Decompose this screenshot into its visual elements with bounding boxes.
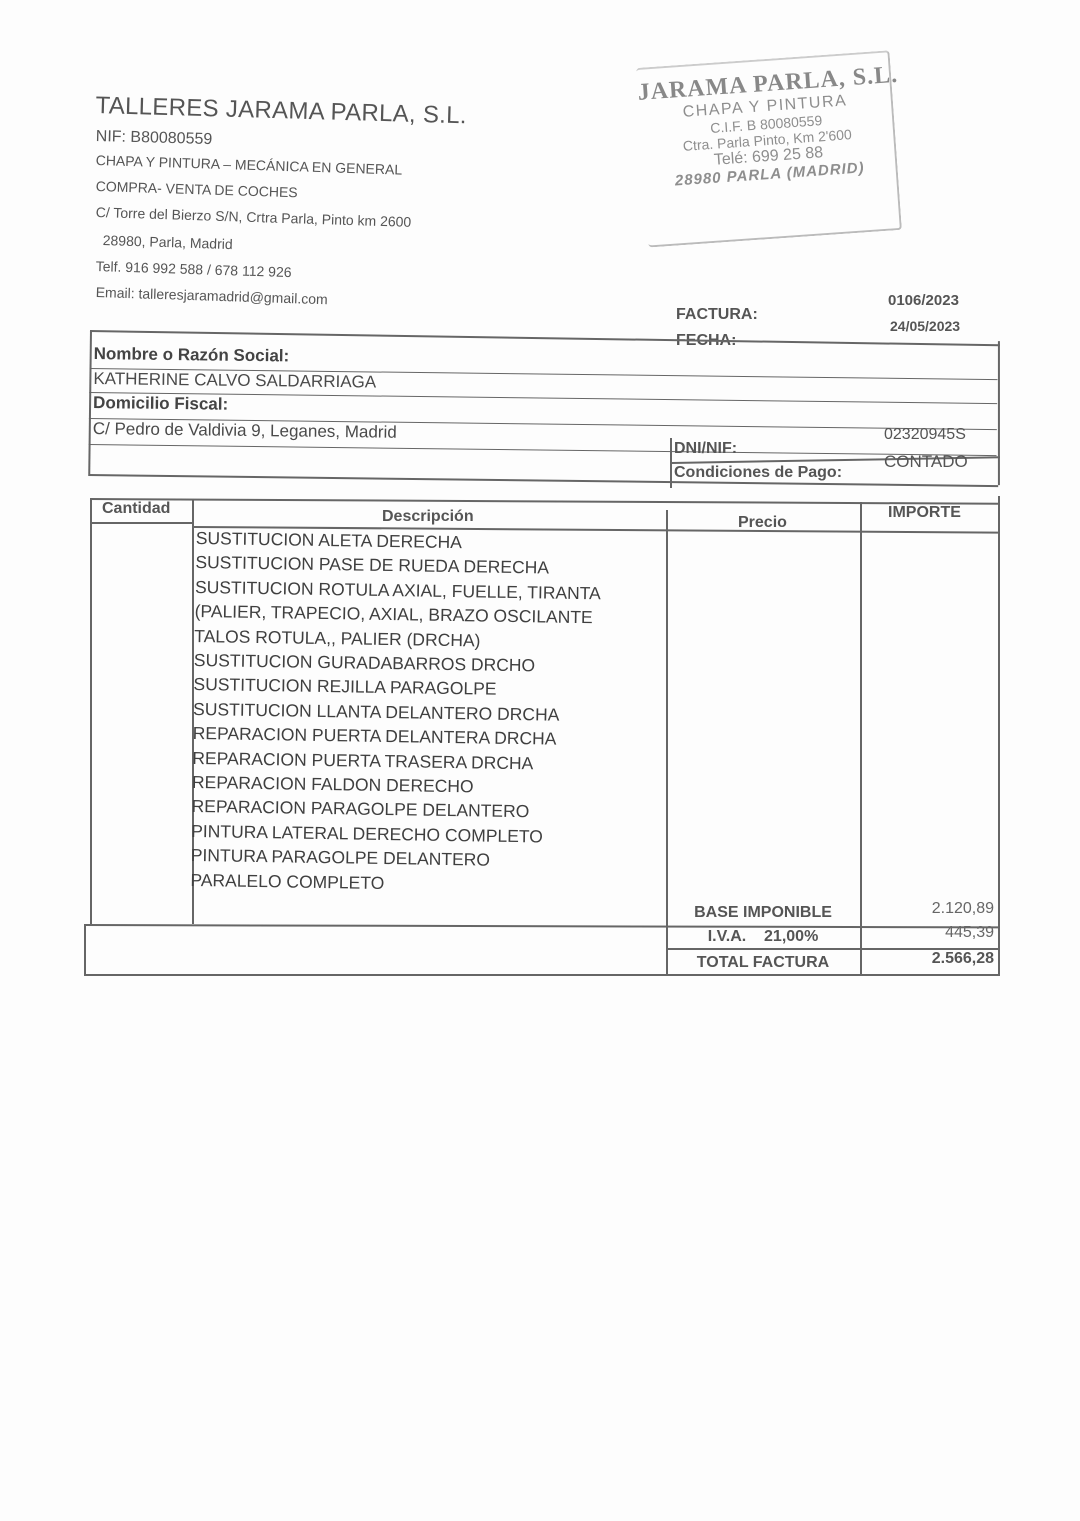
column-header-price: Precio [738,514,787,532]
invoice-number: 0106/2023 [888,292,959,309]
client-name-label: Nombre o Razón Social: [90,344,670,371]
client-box: Nombre o Razón Social: KATHERINE CALVO S… [88,330,1000,487]
items-table: Cantidad Descripción Precio IMPORTE SUST… [84,496,1000,976]
company-activity-1: CHAPA Y PINTURA – MECÁNICA EN GENERAL [95,152,402,178]
invoice-date: 24/05/2023 [890,318,960,334]
payment-conditions: CONTADO [884,452,968,472]
item-description-list: SUSTITUCION ALETA DERECHA SUSTITUCION PA… [190,526,602,898]
base-imponible-label: BASE IMPONIBLE [668,904,858,922]
base-imponible-value: 2.120,89 [864,900,994,918]
company-address-1: C/ Torre del Bierzo S/N, Crtra Parla, Pi… [95,204,411,230]
vat-value: 445,39 [864,924,994,942]
client-dni-label: DNI/NIF: [674,440,737,458]
company-activity-2: COMPRA- VENTA DE COCHES [95,178,297,200]
company-nif: NIF: B80080559 [96,128,213,149]
company-name: TALLERES JARAMA PARLA, S.L. [95,92,467,130]
total-invoice-value: 2.566,28 [864,950,994,968]
client-dni: 02320945S [884,426,966,444]
column-header-quantity: Cantidad [102,500,170,518]
company-email: Email: talleresjaramadrid@gmail.com [95,284,327,307]
payment-conditions-label: Condiciones de Pago: [674,464,842,482]
total-invoice-label: TOTAL FACTURA [668,954,858,972]
vat-label: I.V.A. 21,00% [668,928,858,946]
company-phone: Telf. 916 992 588 / 678 112 926 [95,258,291,280]
company-stamp: JARAMA PARLA, S.L. CHAPA Y PINTURA C.I.F… [636,50,902,247]
company-address-2: 28980, Parla, Madrid [102,232,232,252]
invoice-number-label: FACTURA: [676,306,758,324]
column-header-amount: IMPORTE [888,504,961,522]
column-header-description: Descripción [382,508,474,526]
list-item: PARALELO COMPLETO [190,868,596,899]
